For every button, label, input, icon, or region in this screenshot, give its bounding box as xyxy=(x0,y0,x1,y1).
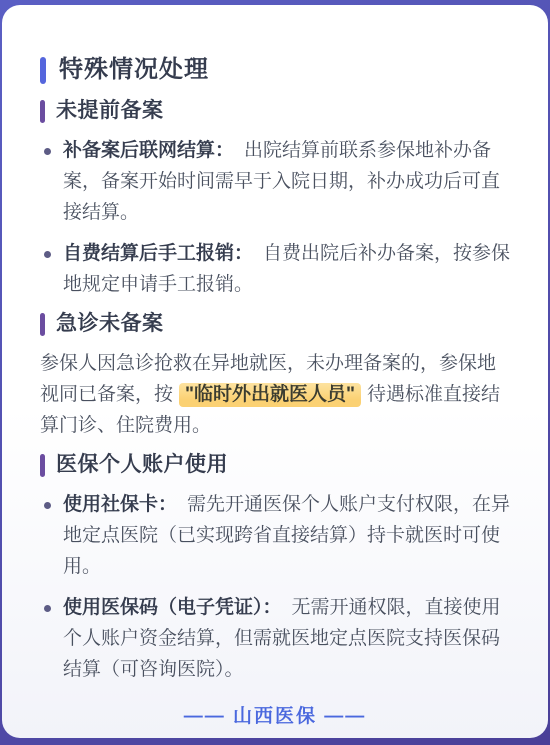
section-heading-text: 急诊未备案 xyxy=(56,312,164,336)
section-heading-no-advance-filing: 未提前备案 xyxy=(40,99,512,123)
bullet-lead: 使用社保卡： xyxy=(63,494,177,515)
section-heading-text: 医保个人账户使用 xyxy=(56,453,228,477)
bullet-text: 自费结算后手工报销：自费出院后补办备案，按参保地规定申请手工报销。 xyxy=(63,238,512,300)
bullet-dot-icon xyxy=(44,251,51,258)
section-heading-text: 未提前备案 xyxy=(56,99,164,123)
bullet-item-medical-insurance-code: 使用医保码（电子凭证）：无需开通权限，直接使用个人账户资金结算，但需就医地定点医… xyxy=(44,592,512,685)
section-accent-bar-icon xyxy=(40,100,45,123)
bullet-dot-icon xyxy=(44,605,51,612)
content-card: 特殊情况处理 未提前备案 补备案后联网结算：出院结算前联系参保地补办备案，备案开… xyxy=(2,5,548,738)
bullet-lead: 补备案后联网结算： xyxy=(63,140,234,161)
bullet-item-supplementary-filing: 补备案后联网结算：出院结算前联系参保地补办备案，备案开始时间需早于入院日期，补办… xyxy=(44,135,512,228)
bullet-lead: 自费结算后手工报销： xyxy=(63,243,253,264)
bullet-dot-icon xyxy=(44,148,51,155)
section-accent-bar-icon xyxy=(40,313,45,336)
bullet-item-social-security-card: 使用社保卡：需先开通医保个人账户支付权限，在异地定点医院（已实现跨省直接结算）持… xyxy=(44,489,512,582)
bullet-text: 补备案后联网结算：出院结算前联系参保地补办备案，备案开始时间需早于入院日期，补办… xyxy=(63,135,512,228)
bullet-list-no-advance-filing: 补备案后联网结算：出院结算前联系参保地补办备案，备案开始时间需早于入院日期，补办… xyxy=(38,135,512,300)
section-accent-bar-icon xyxy=(40,454,45,477)
bullet-item-manual-reimbursement: 自费结算后手工报销：自费出院后补办备案，按参保地规定申请手工报销。 xyxy=(44,238,512,300)
bullet-lead: 使用医保码（电子凭证）： xyxy=(63,597,282,618)
page-title: 特殊情况处理 xyxy=(59,55,209,85)
highlight-badge: "临时外出就医人员" xyxy=(179,383,361,407)
section-heading-emergency-unfiled: 急诊未备案 xyxy=(40,312,512,336)
section-heading-personal-account: 医保个人账户使用 xyxy=(40,453,512,477)
title-row: 特殊情况处理 xyxy=(40,55,512,85)
bullet-dot-icon xyxy=(44,502,51,509)
poster-background: 特殊情况处理 未提前备案 补备案后联网结算：出院结算前联系参保地补办备案，备案开… xyxy=(0,0,550,745)
title-accent-bar-icon xyxy=(40,57,46,84)
footer-brand: —— 山西医保 —— xyxy=(38,701,512,728)
bullet-text: 使用社保卡：需先开通医保个人账户支付权限，在异地定点医院（已实现跨省直接结算）持… xyxy=(63,489,512,582)
bullet-text: 使用医保码（电子凭证）：无需开通权限，直接使用个人账户资金结算，但需就医地定点医… xyxy=(63,592,512,685)
bullet-list-personal-account: 使用社保卡：需先开通医保个人账户支付权限，在异地定点医院（已实现跨省直接结算）持… xyxy=(38,489,512,685)
emergency-paragraph: 参保人因急诊抢救在异地就医，未办理备案的，参保地视同已备案，按"临时外出就医人员… xyxy=(40,348,512,441)
